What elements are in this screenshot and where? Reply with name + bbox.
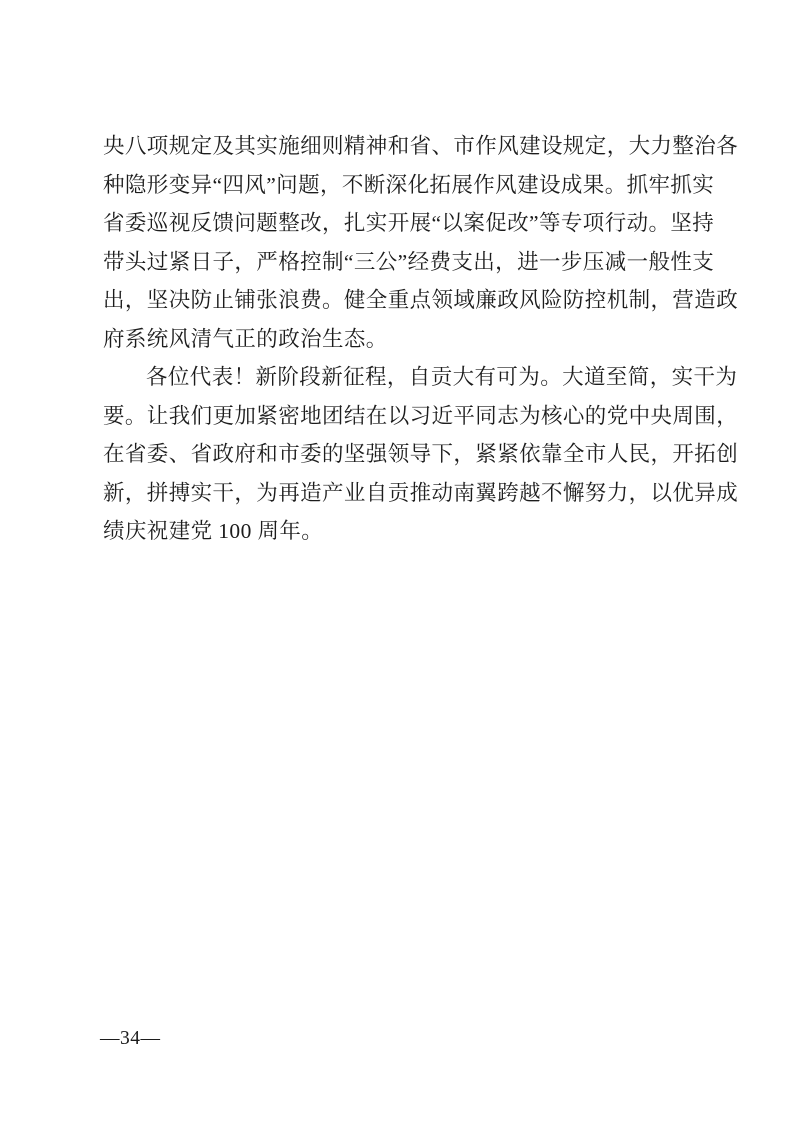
text-line: 在省委、省政府和市委的坚强领导下，紧紧依靠全市人民，开拓创 [103, 435, 696, 474]
page-number: —34— [100, 1026, 161, 1052]
text-line: 带头过紧日子，严格控制“三公”经费支出，进一步压减一般性支 [103, 243, 696, 282]
document-page: 央八项规定及其实施细则精神和省、市作风建设规定，大力整治各种隐形变异“四风”问题… [0, 0, 793, 1122]
text-line: 要。让我们更加紧密地团结在以习近平同志为核心的党中央周围， [103, 397, 696, 436]
text-line: 出，坚决防止铺张浪费。健全重点领域廉政风险防控机制，营造政 [103, 281, 696, 320]
text-line: 新，拼搏实干，为再造产业自贡推动南翼跨越不懈努力，以优异成 [103, 474, 696, 513]
text-line: 央八项规定及其实施细则精神和省、市作风建设规定，大力整治各 [103, 127, 696, 166]
document-body: 央八项规定及其实施细则精神和省、市作风建设规定，大力整治各种隐形变异“四风”问题… [103, 127, 696, 551]
paragraph: 央八项规定及其实施细则精神和省、市作风建设规定，大力整治各种隐形变异“四风”问题… [103, 127, 696, 358]
text-line: 省委巡视反馈问题整改，扎实开展“以案促改”等专项行动。坚持 [103, 204, 696, 243]
text-line: 绩庆祝建党 100 周年。 [103, 512, 696, 551]
text-line: 各位代表！新阶段新征程，自贡大有可为。大道至简，实干为 [103, 358, 696, 397]
text-line: 府系统风清气正的政治生态。 [103, 320, 696, 359]
paragraph: 各位代表！新阶段新征程，自贡大有可为。大道至简，实干为要。让我们更加紧密地团结在… [103, 358, 696, 551]
text-line: 种隐形变异“四风”问题，不断深化拓展作风建设成果。抓牢抓实 [103, 166, 696, 205]
